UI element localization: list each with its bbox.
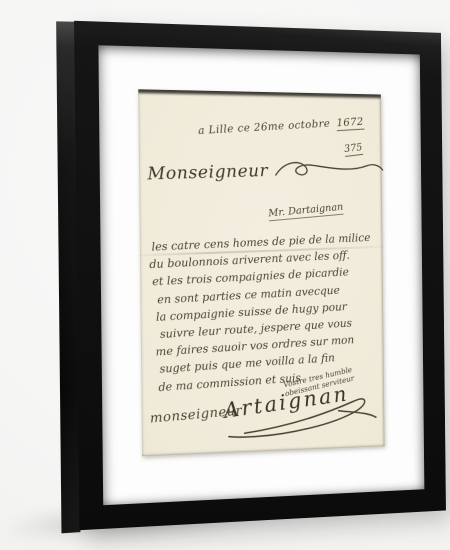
folio-number: 375 <box>343 142 363 157</box>
picture-frame: a Lille ce 26me octobre 1672 375 Monseig… <box>74 21 446 530</box>
salutation-row: Monseigneur <box>147 161 378 185</box>
framed-letter-artwork: a Lille ce 26me octobre 1672 375 Monseig… <box>74 21 446 530</box>
docket-note: Mr. Dartaignan <box>268 202 344 222</box>
salutation-flourish <box>272 158 386 185</box>
letter-salutation: Monseigneur <box>147 161 269 185</box>
letter-dateline: a Lille ce 26me octobre 1672 <box>183 115 377 138</box>
letter-paper: a Lille ce 26me octobre 1672 375 Monseig… <box>138 89 384 456</box>
dateline-year: 1672 <box>336 116 364 131</box>
mat-board: a Lille ce 26me octobre 1672 375 Monseig… <box>98 45 424 505</box>
page-background: a Lille ce 26me octobre 1672 375 Monseig… <box>0 0 450 550</box>
dateline-text: a Lille ce 26me octobre <box>198 118 331 137</box>
